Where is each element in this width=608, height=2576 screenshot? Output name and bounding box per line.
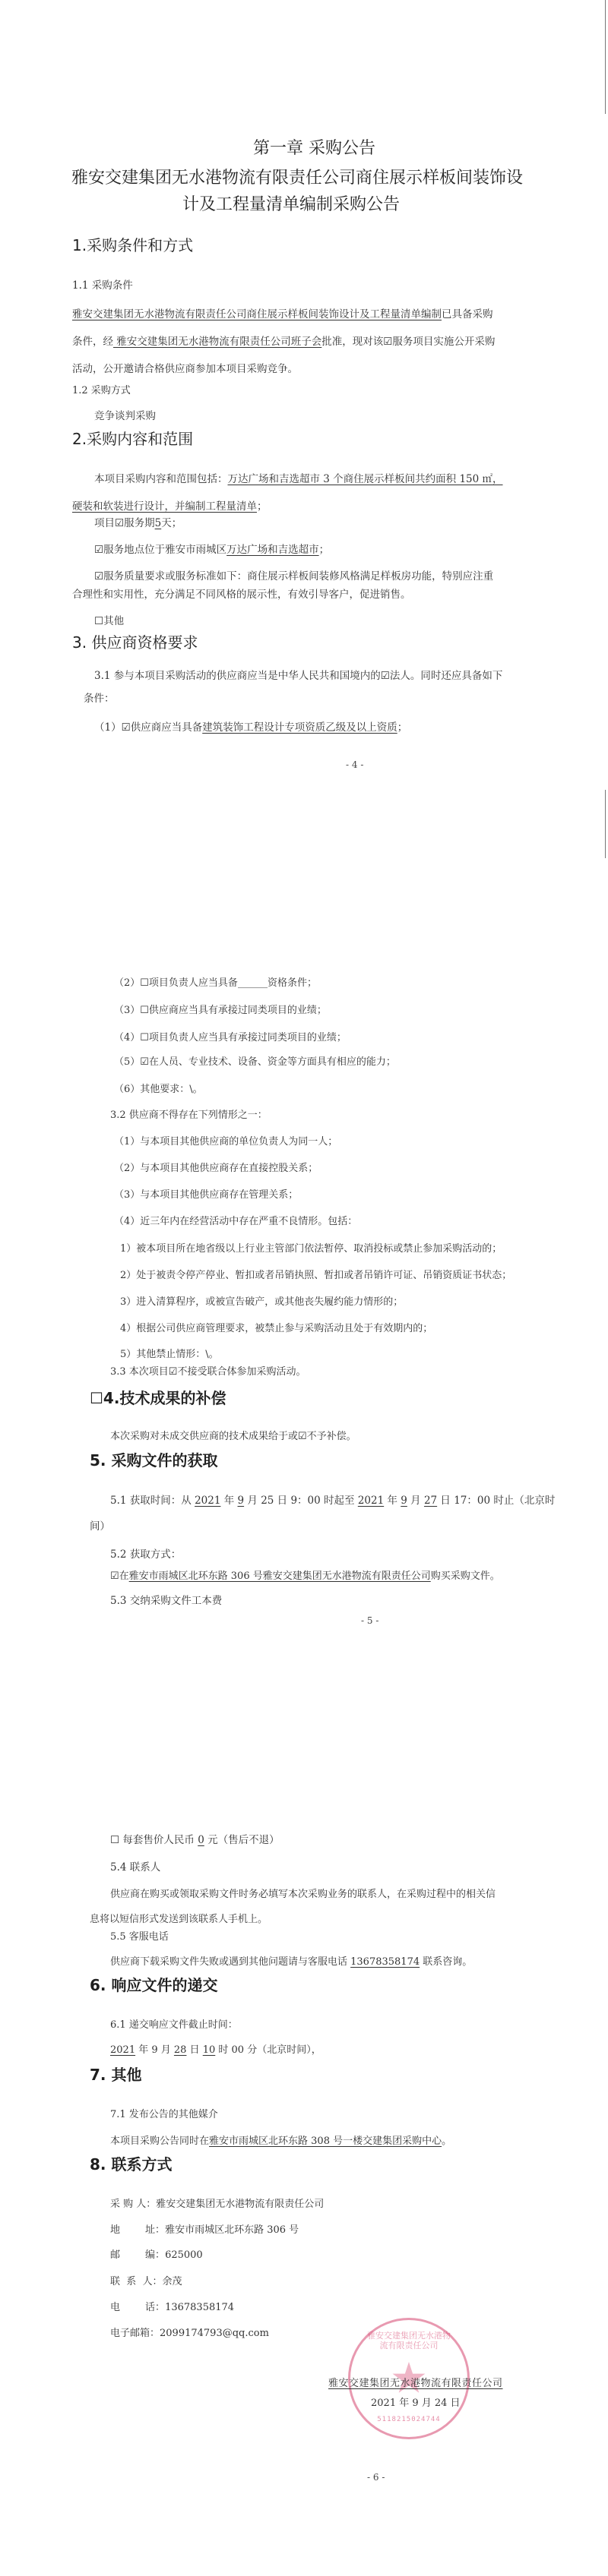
contact-label: 采 购 人： — [110, 2199, 156, 2210]
text: ☑服务地点位于雅安市雨城区 — [94, 544, 226, 556]
section-4-heading: ☐4.技术成果的补偿 — [90, 1386, 226, 1408]
text: 时 00 分（北京时间）， — [215, 2044, 321, 2056]
contact-label: 电子邮箱： — [110, 2328, 160, 2339]
contact-label: 联 系 人： — [110, 2276, 163, 2287]
contact-value: 雅安交建集团无水港物流有限责任公司 — [156, 2199, 324, 2210]
procurement-method: 竞争谈判采购 — [94, 407, 156, 422]
qualification-item-4: （4）☐项目负责人应当具有承接过同类项目的业绩； — [114, 1029, 347, 1043]
signature-company: 雅安交建集团无水港物流有限责任公司 — [328, 2375, 503, 2389]
contact-row-email: 电子邮箱：2099174793@qq.com — [110, 2325, 269, 2339]
scope-detail: 硬装和软装进行设计，并编制工程量清单 — [72, 500, 257, 513]
text: 天； — [161, 517, 182, 529]
section-6-1-heading: 6.1 递交响应文件截止时间： — [110, 2016, 238, 2031]
acquisition-address: 雅安市雨城区北环东路 306 号雅安交建集团无水港物流有限责任公司 — [129, 1571, 431, 1582]
start-year: 2021 — [195, 1495, 220, 1507]
document-title-line1: 雅安交建集团无水港物流有限责任公司商住展示样板间装饰设 — [71, 165, 523, 188]
deadline-year: 2021 — [110, 2044, 135, 2056]
text: 日 17：00 时止（北京时 — [437, 1495, 555, 1507]
contact-row-address: 地 址：雅安市雨城区北环东路 306 号 — [110, 2221, 299, 2236]
submission-deadline: 2021 年 9 月 28 日 10 时 00 分（北京时间）， — [110, 2041, 321, 2056]
seal-code: 5118215024744 — [350, 2416, 467, 2423]
end-month: 9 — [401, 1495, 407, 1507]
other-checkbox-item: ☐其他 — [94, 612, 124, 627]
section-3-heading: 3. 供应商资格要求 — [72, 630, 198, 652]
blank-field: ______ — [238, 977, 268, 989]
section-7-1-heading: 7.1 发布公告的其他媒介 — [110, 2106, 218, 2120]
other-media-line: 本项目采购公告同时在雅安市雨城区北环东路 308 号一楼交建集团采购中心。 — [110, 2132, 451, 2147]
service-period: 项目☑服务期5天； — [94, 514, 182, 529]
text: 年 — [384, 1495, 401, 1507]
section-6-heading: 6. 响应文件的递交 — [90, 1973, 217, 1995]
service-quality-line1: ☑服务质量要求或服务标准如下：商住展示样板间装修风格满足样板房功能，特别应注重 — [94, 567, 493, 582]
page-number: - 5 - — [361, 1615, 378, 1626]
end-day: 27 — [424, 1495, 437, 1507]
text: （2）☐项目负责人应当具备 — [114, 977, 238, 989]
contact-label: 电 话： — [110, 2302, 165, 2313]
service-phone: 13678358174 — [350, 1956, 420, 1968]
page-number: - 6 - — [367, 2472, 385, 2483]
media-address: 雅安市雨城区北环东路 308 号一楼交建集团采购中心 — [209, 2136, 442, 2147]
text: ； — [397, 721, 408, 734]
page-number: - 4 - — [346, 759, 363, 770]
text: ☐ 每套售价人民币 — [110, 1834, 198, 1846]
section-3-2-heading: 3.2 供应商不得存在下列情形之一： — [110, 1106, 268, 1121]
contact-row-phone: 电 话：13678358174 — [110, 2299, 234, 2313]
text: 年 — [220, 1495, 237, 1507]
text: 项目☑服务期 — [94, 517, 155, 529]
section-5-4-line1: 供应商在购买或领取采购文件时务必填写本次采购业务的联系人，在采购过程中的相关信 — [110, 1886, 496, 1900]
contact-label: 地 址： — [110, 2224, 165, 2236]
qualification-detail: 建筑装饰工程设计专项资质乙级及以上资质 — [202, 721, 397, 734]
qualification-item-2: （2）☐项目负责人应当具备______资格条件； — [114, 974, 317, 989]
scan-border — [605, 790, 606, 858]
contact-row-purchaser: 采 购 人：雅安交建集团无水港物流有限责任公司 — [110, 2196, 324, 2210]
text: 日 — [186, 2044, 202, 2056]
contact-value: 625000 — [165, 2249, 203, 2261]
section-1-2-heading: 1.2 采购方式 — [72, 382, 131, 396]
text: 已具备采购 — [442, 308, 493, 320]
section-5-1-line1: 5.1 获取时间：从 2021 年 9 月 25 日 9：00 时起至 2021… — [110, 1492, 555, 1507]
text: 。 — [442, 2136, 451, 2147]
text: 批准，现对该☑服务项目实施公开采购 — [321, 336, 495, 348]
exclusion-item: （2）与本项目其他供应商存在直接控股关系； — [114, 1160, 318, 1174]
exclusion-sub-item: 2）处于被责令停产停业、暂扣或者吊销执照、暂扣或者吊销许可证、吊销资质证书状态； — [120, 1267, 511, 1281]
approver-name: 雅安交建集团无水港物流有限责任公司班子会 — [113, 336, 321, 348]
customer-service-line: 供应商下载采购文件失败或遇到其他问题请与客服电话 13678358174 联系咨… — [110, 1953, 472, 1968]
contact-value: 13678358174 — [165, 2302, 234, 2313]
location-name: 万达广场和吉选超市 — [226, 544, 319, 556]
section-8-heading: 8. 联系方式 — [90, 2152, 172, 2174]
chapter-title: 第一章 采购公告 — [253, 135, 375, 159]
section-4-paragraph: 本次采购对未成交供应商的技术成果给于或☑不予补偿。 — [110, 1428, 356, 1442]
section-5-heading: 5. 采购文件的获取 — [90, 1448, 217, 1470]
document-title-line2: 计及工程量清单编制采购公告 — [182, 191, 400, 215]
section-1-1-heading: 1.1 采购条件 — [72, 276, 133, 292]
exclusion-sub-item: 4）根据公司供应商管理要求，被禁止参与采购活动且处于有效期内的； — [120, 1320, 432, 1334]
section-5-1-line2: 间） — [90, 1517, 110, 1533]
text: 资格条件； — [268, 977, 317, 989]
scope-detail: 万达广场和吉选超市 3 个商住展示样板间共约面积 150 ㎡， — [228, 473, 503, 485]
section-7-heading: 7. 其他 — [90, 2063, 141, 2085]
contact-value: 雅安市雨城区北环东路 306 号 — [165, 2224, 299, 2236]
exclusion-sub-item: 5）其他禁止情形：\。 — [120, 1346, 219, 1360]
text: 月 25 日 9：00 时起至 — [244, 1495, 358, 1507]
text: 联系咨询。 — [420, 1956, 472, 1968]
exclusion-sub-item: 3）进入清算程序，或被宣告破产，或其他丧失履约能力情形的； — [120, 1293, 403, 1308]
exclusion-sub-item: 1）被本项目所在地省级以上行业主管部门依法暂停、取消投标或禁止参加采购活动的； — [120, 1240, 502, 1255]
contact-label: 邮 编： — [110, 2249, 165, 2261]
text: 月 — [407, 1495, 424, 1507]
deadline-hour: 10 — [203, 2044, 216, 2056]
project-name: 雅安交建集团无水港物流有限责任公司商住展示样板间装饰设计及工程量清单编制 — [72, 308, 442, 320]
text: 元（售后不退） — [204, 1834, 280, 1846]
section-1-1-paragraph-line3: 活动，公开邀请合格供应商参加本项目采购竞争。 — [72, 360, 298, 375]
start-month: 9 — [238, 1495, 245, 1507]
service-days: 5 — [155, 517, 162, 529]
deadline-day: 28 — [174, 2044, 187, 2056]
section-1-1-paragraph-line2: 条件，经 雅安交建集团无水港物流有限责任公司班子会批准，现对该☑服务项目实施公开… — [72, 333, 495, 348]
qualification-item-6: （6）其他要求：\。 — [114, 1081, 203, 1095]
text: ； — [319, 544, 330, 556]
seal-text: 雅安交建集团无水港物流有限责任公司 — [350, 2331, 467, 2350]
contact-value: 2099174793@qq.com — [160, 2328, 269, 2339]
contact-row-person: 联 系 人：余茂 — [110, 2273, 182, 2287]
section-3-1-line1: 3.1 参与本项目采购活动的供应商应当是中华人民共和国境内的☑法人。同时还应具备… — [94, 667, 502, 682]
text: 5.1 获取时间：从 — [110, 1495, 195, 1507]
section-2-heading: 2.采购内容和范围 — [72, 427, 193, 449]
scan-border — [605, 0, 606, 114]
text: 本项目采购公告同时在 — [110, 2136, 209, 2147]
contact-value: 余茂 — [163, 2276, 182, 2287]
qualification-item-5: （5）☑在人员、专业技术、设备、资金等方面具有相应的能力； — [114, 1053, 396, 1068]
section-1-1-paragraph-line1: 雅安交建集团无水港物流有限责任公司商住展示样板间装饰设计及工程量清单编制已具备采… — [72, 305, 493, 320]
text: （1）☑供应商应当具备 — [94, 721, 202, 734]
exclusion-item: （4）近三年内在经营活动中存在严重不良情形。包括： — [114, 1213, 357, 1227]
section-5-2-heading: 5.2 获取方式： — [110, 1545, 181, 1561]
end-year: 2021 — [358, 1495, 384, 1507]
contact-row-postcode: 邮 编：625000 — [110, 2246, 203, 2261]
section-1-heading: 1.采购条件和方式 — [72, 233, 193, 255]
qualification-item-1: （1）☑供应商应当具备建筑装饰工程设计专项资质乙级及以上资质； — [94, 718, 407, 734]
section-5-4-line2: 息将以短信形式发送到该联系人手机上。 — [90, 1911, 268, 1925]
section-5-3-heading: 5.3 交纳采购文件工本费 — [110, 1592, 222, 1607]
acquisition-method: ☑在雅安市雨城区北环东路 306 号雅安交建集团无水港物流有限责任公司购买采购文… — [110, 1567, 500, 1582]
text: 年 9 月 — [135, 2044, 174, 2056]
exclusion-item: （1）与本项目其他供应商的单位负责人为同一人； — [114, 1133, 337, 1148]
text: 供应商下载采购文件失败或遇到其他问题请与客服电话 — [110, 1956, 350, 1968]
section-2-scope-line1: 本项目采购内容和范围包括：万达广场和吉选超市 3 个商住展示样板间共约面积 15… — [94, 470, 503, 485]
qualification-item-3: （3）☐供应商应当具有承接过同类项目的业绩； — [114, 1002, 327, 1016]
text: ； — [257, 500, 268, 513]
section-5-4-heading: 5.4 联系人 — [110, 1858, 160, 1874]
text: 购买采购文件。 — [431, 1571, 500, 1582]
text: 本项目采购内容和范围包括： — [94, 473, 228, 485]
signature-date: 2021 年 9 月 24 日 — [371, 2394, 461, 2409]
section-5-5-heading: 5.5 客服电话 — [110, 1928, 169, 1943]
document-fee: ☐ 每套售价人民币 0 元（售后不退） — [110, 1831, 280, 1846]
section-2-scope-line2: 硬装和软装进行设计，并编制工程量清单； — [72, 497, 268, 513]
section-3-1-line2: 条件： — [84, 690, 115, 705]
text: 条件，经 — [72, 336, 113, 348]
service-location: ☑服务地点位于雅安市雨城区万达广场和吉选超市； — [94, 541, 329, 556]
text: ☑在 — [110, 1571, 129, 1582]
exclusion-item: （3）与本项目其他供应商存在管理关系； — [114, 1186, 298, 1201]
fee-amount: 0 — [198, 1834, 204, 1846]
section-3-3: 3.3 本次项目☑不接受联合体参加采购活动。 — [110, 1363, 306, 1378]
service-quality-line2: 合理性和实用性，充分满足不同风格的展示性，有效引导客户，促进销售。 — [72, 586, 411, 601]
